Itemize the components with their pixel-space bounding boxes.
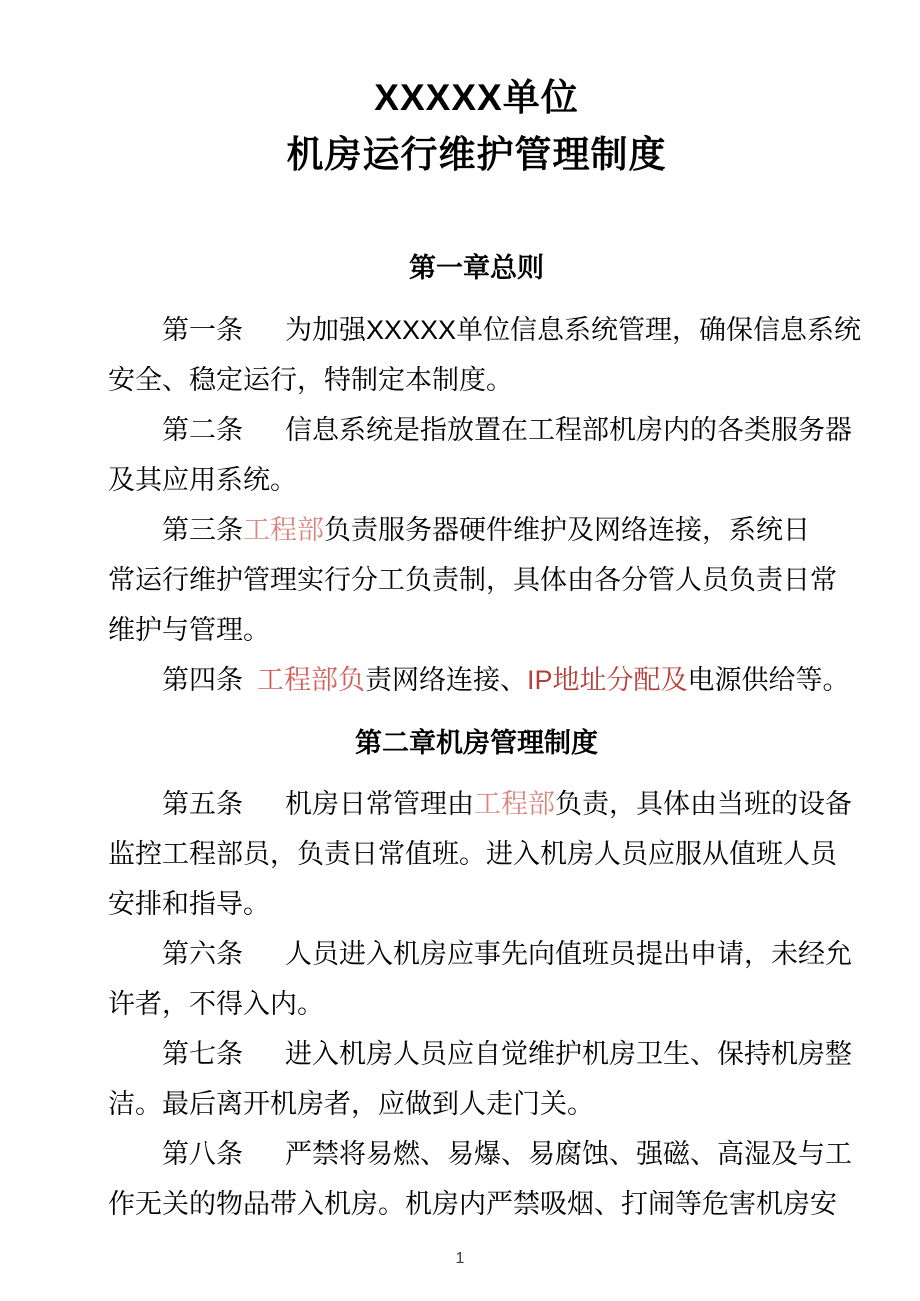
text-segment: 许者，不得入内。	[108, 989, 324, 1019]
tab-spacer	[243, 438, 285, 439]
document-content: XXXXX单位 机房运行维护管理制度 第一章总则第一条为加强XXXXX单位信息系…	[0, 0, 920, 1229]
text-line: 第五条机房日常管理由工程部负责，具体由当班的设备	[108, 779, 845, 829]
document-title-main: 机房运行维护管理制度	[108, 131, 845, 179]
text-segment: 第一章总则	[409, 253, 544, 283]
text-line: 第一条为加强XXXXX单位信息系统管理，确保信息系统	[108, 305, 845, 355]
tab-spacer	[243, 1062, 285, 1063]
text-segment: 作无关的物品带入机房。机房内严禁吸烟、打闹等危害机房安	[108, 1189, 837, 1219]
highlighted-text: 工程部	[474, 789, 555, 819]
chapter-heading: 第一章总则	[108, 245, 845, 291]
text-line: 洁。最后离开机房者，应做到人走门关。	[108, 1079, 845, 1129]
text-segment: 信息系统是指放置在工程部机房内的各类服务器	[285, 415, 852, 445]
chapter-heading: 第二章机房管理制度	[108, 720, 845, 766]
text-line: 维护与管理。	[108, 605, 845, 655]
tab-spacer	[243, 688, 257, 689]
text-segment: 电源供给等。	[688, 665, 850, 695]
highlighted-text: IP地址分配及	[527, 665, 688, 695]
text-segment: 机房日常管理由	[285, 789, 474, 819]
text-segment: 安排和指导。	[108, 889, 270, 919]
highlighted-text: 工程部	[243, 515, 324, 545]
document-title-org: XXXXX单位	[108, 74, 845, 122]
text-segment: 第五条	[162, 789, 243, 819]
text-line: 第四条工程部负责网络连接、IP地址分配及电源供给等。	[108, 655, 845, 705]
tab-spacer	[243, 962, 285, 963]
text-segment: 第二条	[162, 415, 243, 445]
text-segment: 严禁将易燃、易爆、易腐蚀、强磁、高湿及与工	[285, 1139, 852, 1169]
text-segment: 责网络连接、	[365, 665, 527, 695]
text-segment: 第七条	[162, 1039, 243, 1069]
text-line: 第三条工程部负责服务器硬件维护及网络连接，系统日	[108, 505, 845, 555]
text-segment: 负责服务器硬件维护及网络连接，系统日	[324, 515, 810, 545]
text-line: 作无关的物品带入机房。机房内严禁吸烟、打闹等危害机房安	[108, 1179, 845, 1229]
text-segment: 安全、稳定运行，特制定本制度。	[108, 365, 513, 395]
highlighted-text: 工程部负	[257, 665, 365, 695]
text-segment: 洁。最后离开机房者，应做到人走门关。	[108, 1089, 594, 1119]
text-segment: 常运行维护管理实行分工负责制，具体由各分管人员负责日常	[108, 565, 837, 595]
text-segment: 人员进入机房应事先向值班员提出申请，未经允	[285, 939, 852, 969]
page-number: 1	[0, 1247, 920, 1271]
text-line: 及其应用系统。	[108, 455, 845, 505]
text-segment: 进入机房人员应自觉维护机房卫生、保持机房整	[285, 1039, 852, 1069]
text-line: 常运行维护管理实行分工负责制，具体由各分管人员负责日常	[108, 555, 845, 605]
document-page: XXXXX单位 机房运行维护管理制度 第一章总则第一条为加强XXXXX单位信息系…	[0, 0, 920, 1301]
text-segment: 第一条	[162, 315, 243, 345]
text-line: 第二条信息系统是指放置在工程部机房内的各类服务器	[108, 405, 845, 455]
text-segment: 第三条	[162, 515, 243, 545]
text-line: 第八条严禁将易燃、易爆、易腐蚀、强磁、高湿及与工	[108, 1129, 845, 1179]
document-body: 第一章总则第一条为加强XXXXX单位信息系统管理，确保信息系统安全、稳定运行，特…	[108, 245, 845, 1229]
tab-spacer	[243, 338, 285, 339]
text-line: 监控工程部员，负责日常值班。进入机房人员应服从值班人员	[108, 829, 845, 879]
text-line: 安排和指导。	[108, 879, 845, 929]
text-line: 许者，不得入内。	[108, 979, 845, 1029]
tab-spacer	[243, 812, 285, 813]
text-segment: 监控工程部员，负责日常值班。进入机房人员应服从值班人员	[108, 839, 837, 869]
text-line: 第六条人员进入机房应事先向值班员提出申请，未经允	[108, 929, 845, 979]
text-segment: 第二章机房管理制度	[355, 728, 598, 758]
text-segment: 第八条	[162, 1139, 243, 1169]
text-segment: 负责，具体由当班的设备	[555, 789, 852, 819]
tab-spacer	[243, 1162, 285, 1163]
text-segment: 为加强XXXXX单位信息系统管理，确保信息系统	[285, 315, 861, 345]
text-segment: 第四条	[162, 665, 243, 695]
text-segment: 维护与管理。	[108, 615, 270, 645]
text-line: 第七条进入机房人员应自觉维护机房卫生、保持机房整	[108, 1029, 845, 1079]
text-segment: 及其应用系统。	[108, 465, 297, 495]
text-line: 安全、稳定运行，特制定本制度。	[108, 355, 845, 405]
text-segment: 第六条	[162, 939, 243, 969]
